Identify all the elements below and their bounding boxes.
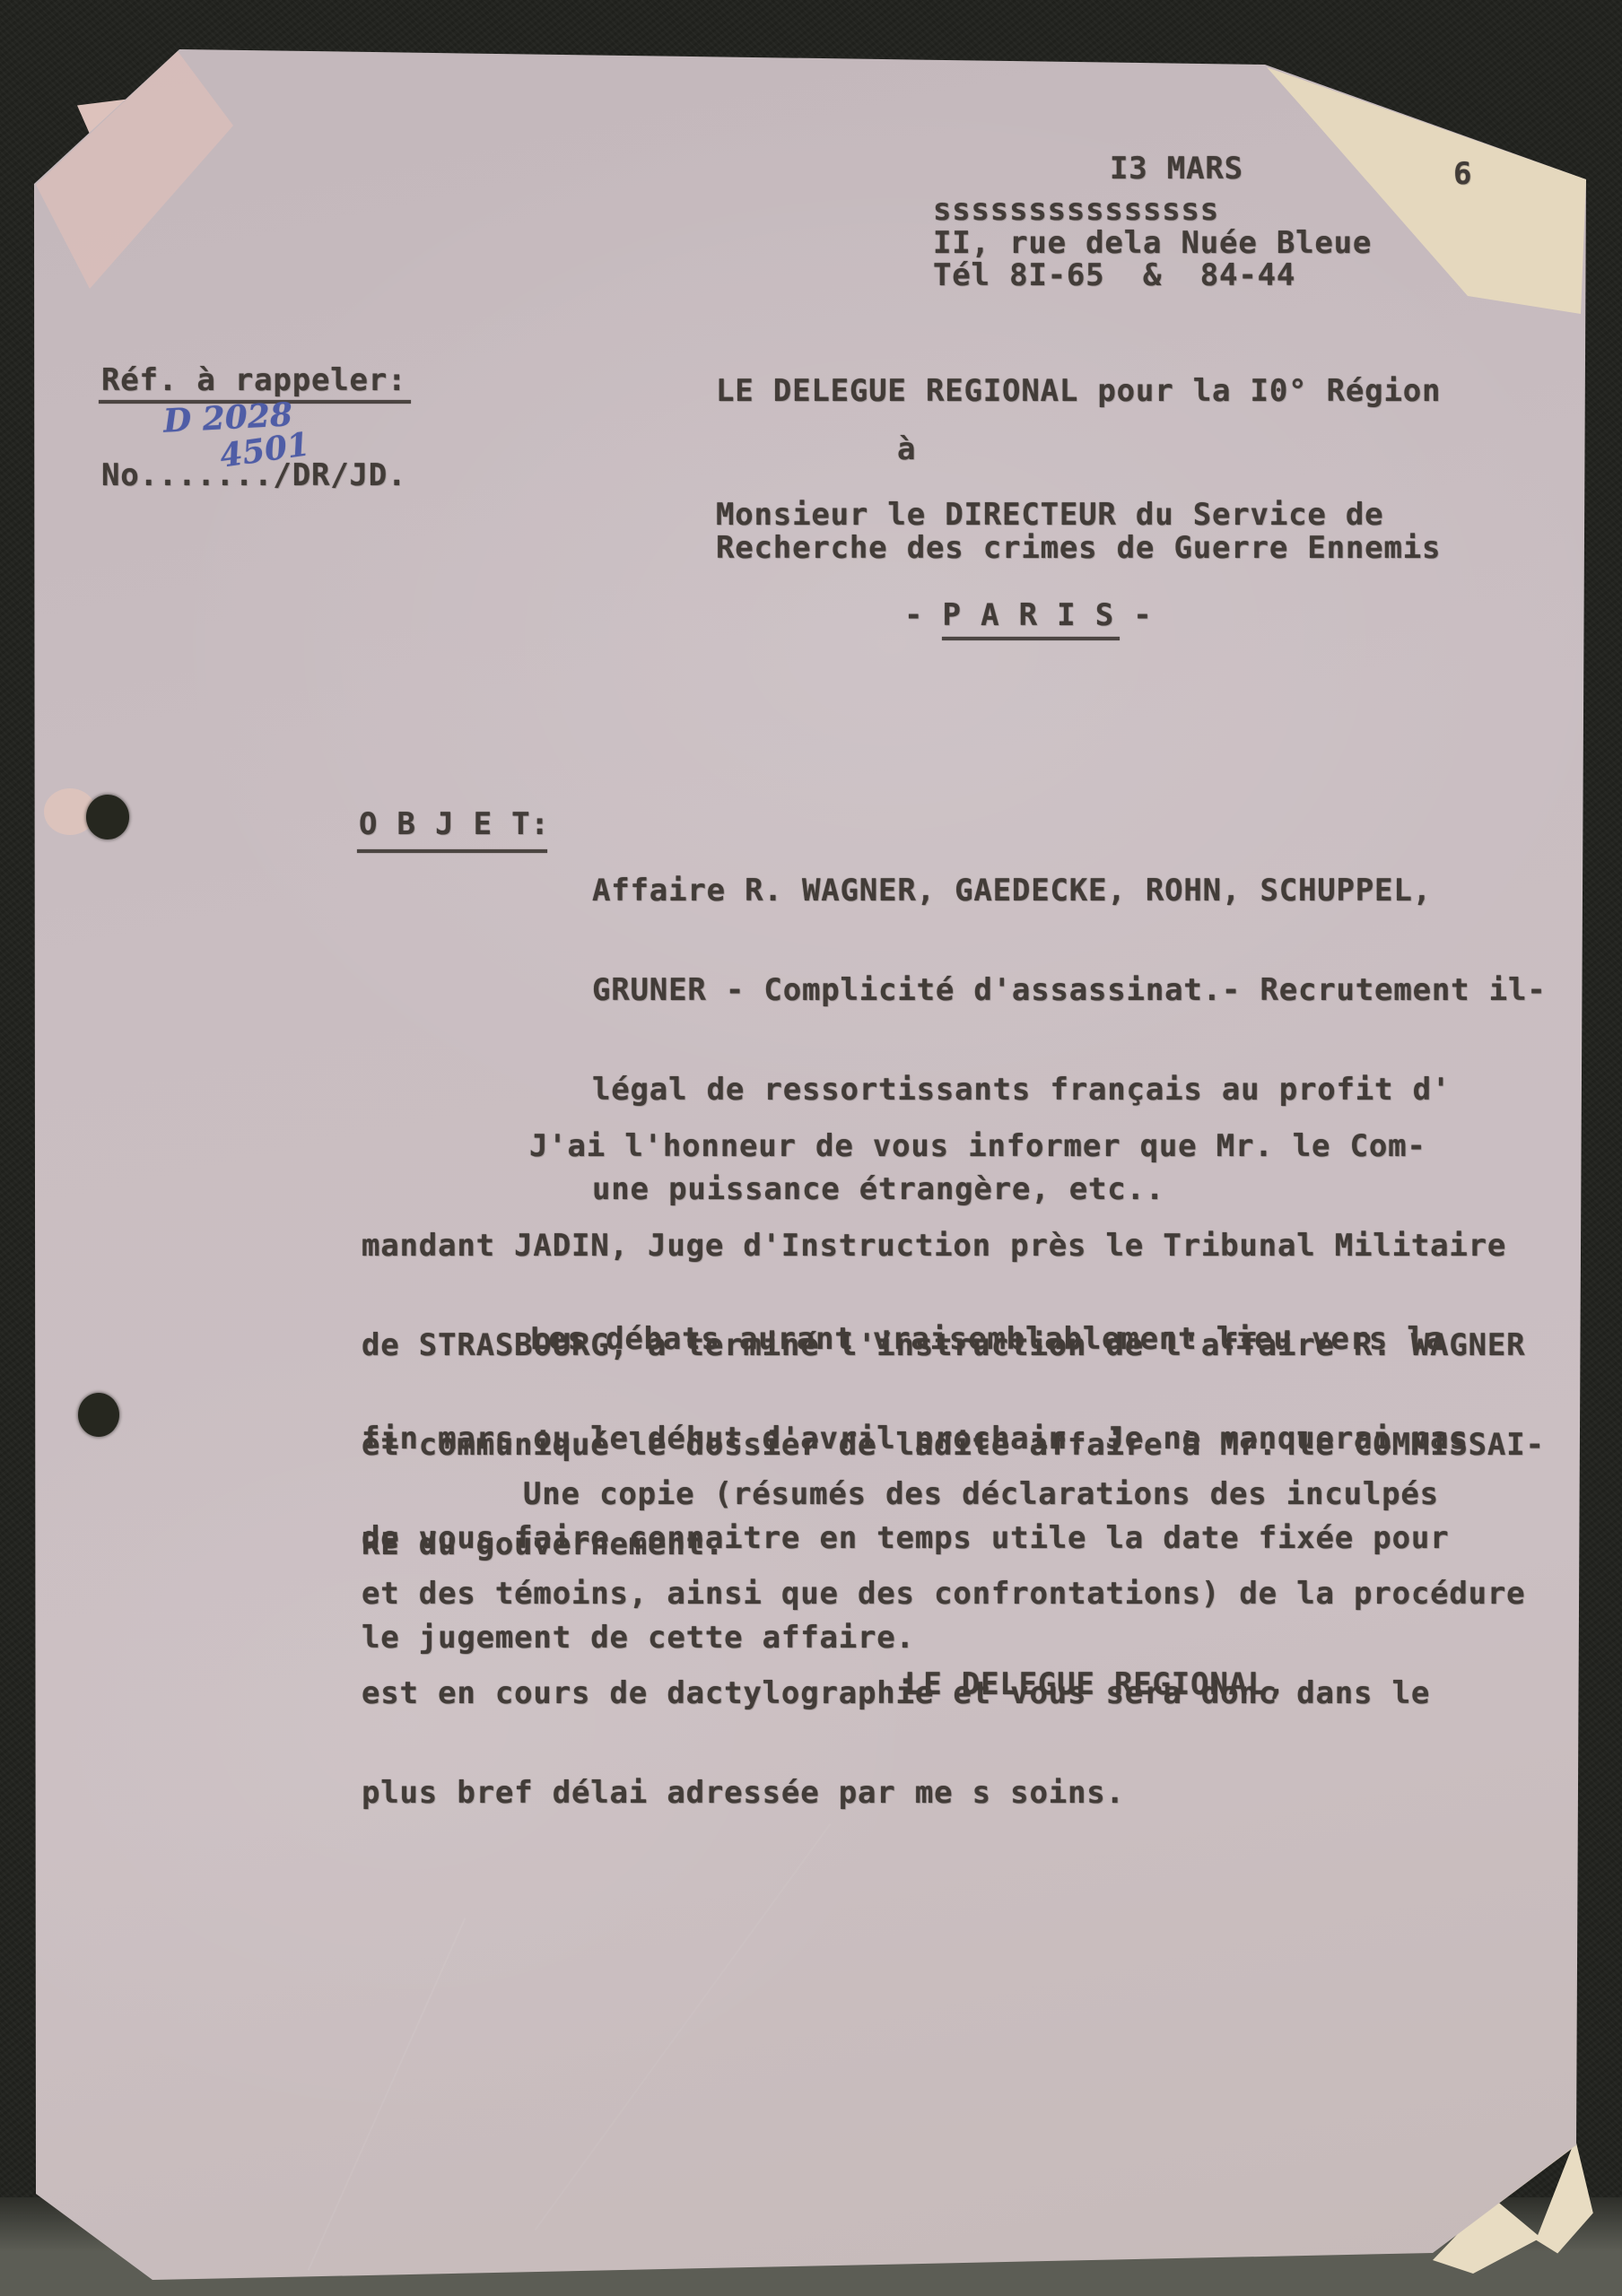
signature-line: LE DELEGUE REGIONAL,	[904, 1668, 1286, 1701]
punch-hole-top	[86, 795, 129, 839]
recipient-line-1: Monsieur le DIRECTEUR du Service de	[716, 499, 1383, 532]
page-number: 6	[1453, 158, 1472, 191]
scanned-document-page: { "document": { "date_line": "I3 MARS", …	[0, 0, 1622, 2296]
letter-sheet: I3 MARS 6 sssssssssssssss II, rue dela N…	[0, 0, 1622, 2296]
city-underline	[942, 637, 1120, 640]
undersheet-corner-top-left	[0, 0, 359, 359]
body-line: J'ai l'honneur de vous informer que Mr. …	[362, 1130, 1545, 1163]
objet-label: O B J E T:	[359, 808, 550, 841]
sender-address: II, rue dela Nuée Bleue	[933, 227, 1372, 260]
paper-crease	[535, 1823, 832, 2231]
objet-line: GRUNER - Complicité d'assassinat.- Recru…	[592, 974, 1547, 1007]
typed-strikeover: sssssssssssssss	[933, 194, 1219, 227]
recipient-line-2: Recherche des crimes de Guerre Ennemis	[716, 532, 1441, 565]
reference-label: Réf. à rappeler:	[101, 364, 406, 397]
dashed-separator	[0, 0, 1186, 4]
paragraph-3: Une copie (résumés des déclarations des …	[362, 1412, 1525, 1876]
body-line: plus bref délai adressée par me s soins.	[362, 1777, 1525, 1810]
punch-hole-bottom	[78, 1393, 119, 1437]
body-line: et des témoins, ainsi que des confrontat…	[362, 1578, 1525, 1611]
addressee-connector: à	[897, 433, 916, 466]
recipient-city: - P A R I S -	[904, 599, 1153, 632]
sender-phone: Tél 8I-65 & 84-44	[933, 259, 1295, 292]
paper-crease	[308, 1918, 467, 2271]
objet-line: Affaire R. WAGNER, GAEDECKE, ROHN, SCHUP…	[592, 874, 1547, 908]
undersheet-corner-top-right	[0, 0, 1622, 359]
date-stamp: I3 MARS	[1110, 152, 1243, 186]
body-line: Une copie (résumés des déclarations des …	[362, 1478, 1525, 1511]
objet-underline	[357, 849, 547, 853]
sender-title-line: LE DELEGUE REGIONAL pour la I0° Région	[716, 375, 1441, 408]
body-line: Les débats aurant vraisemblablement lieu…	[362, 1323, 1469, 1356]
